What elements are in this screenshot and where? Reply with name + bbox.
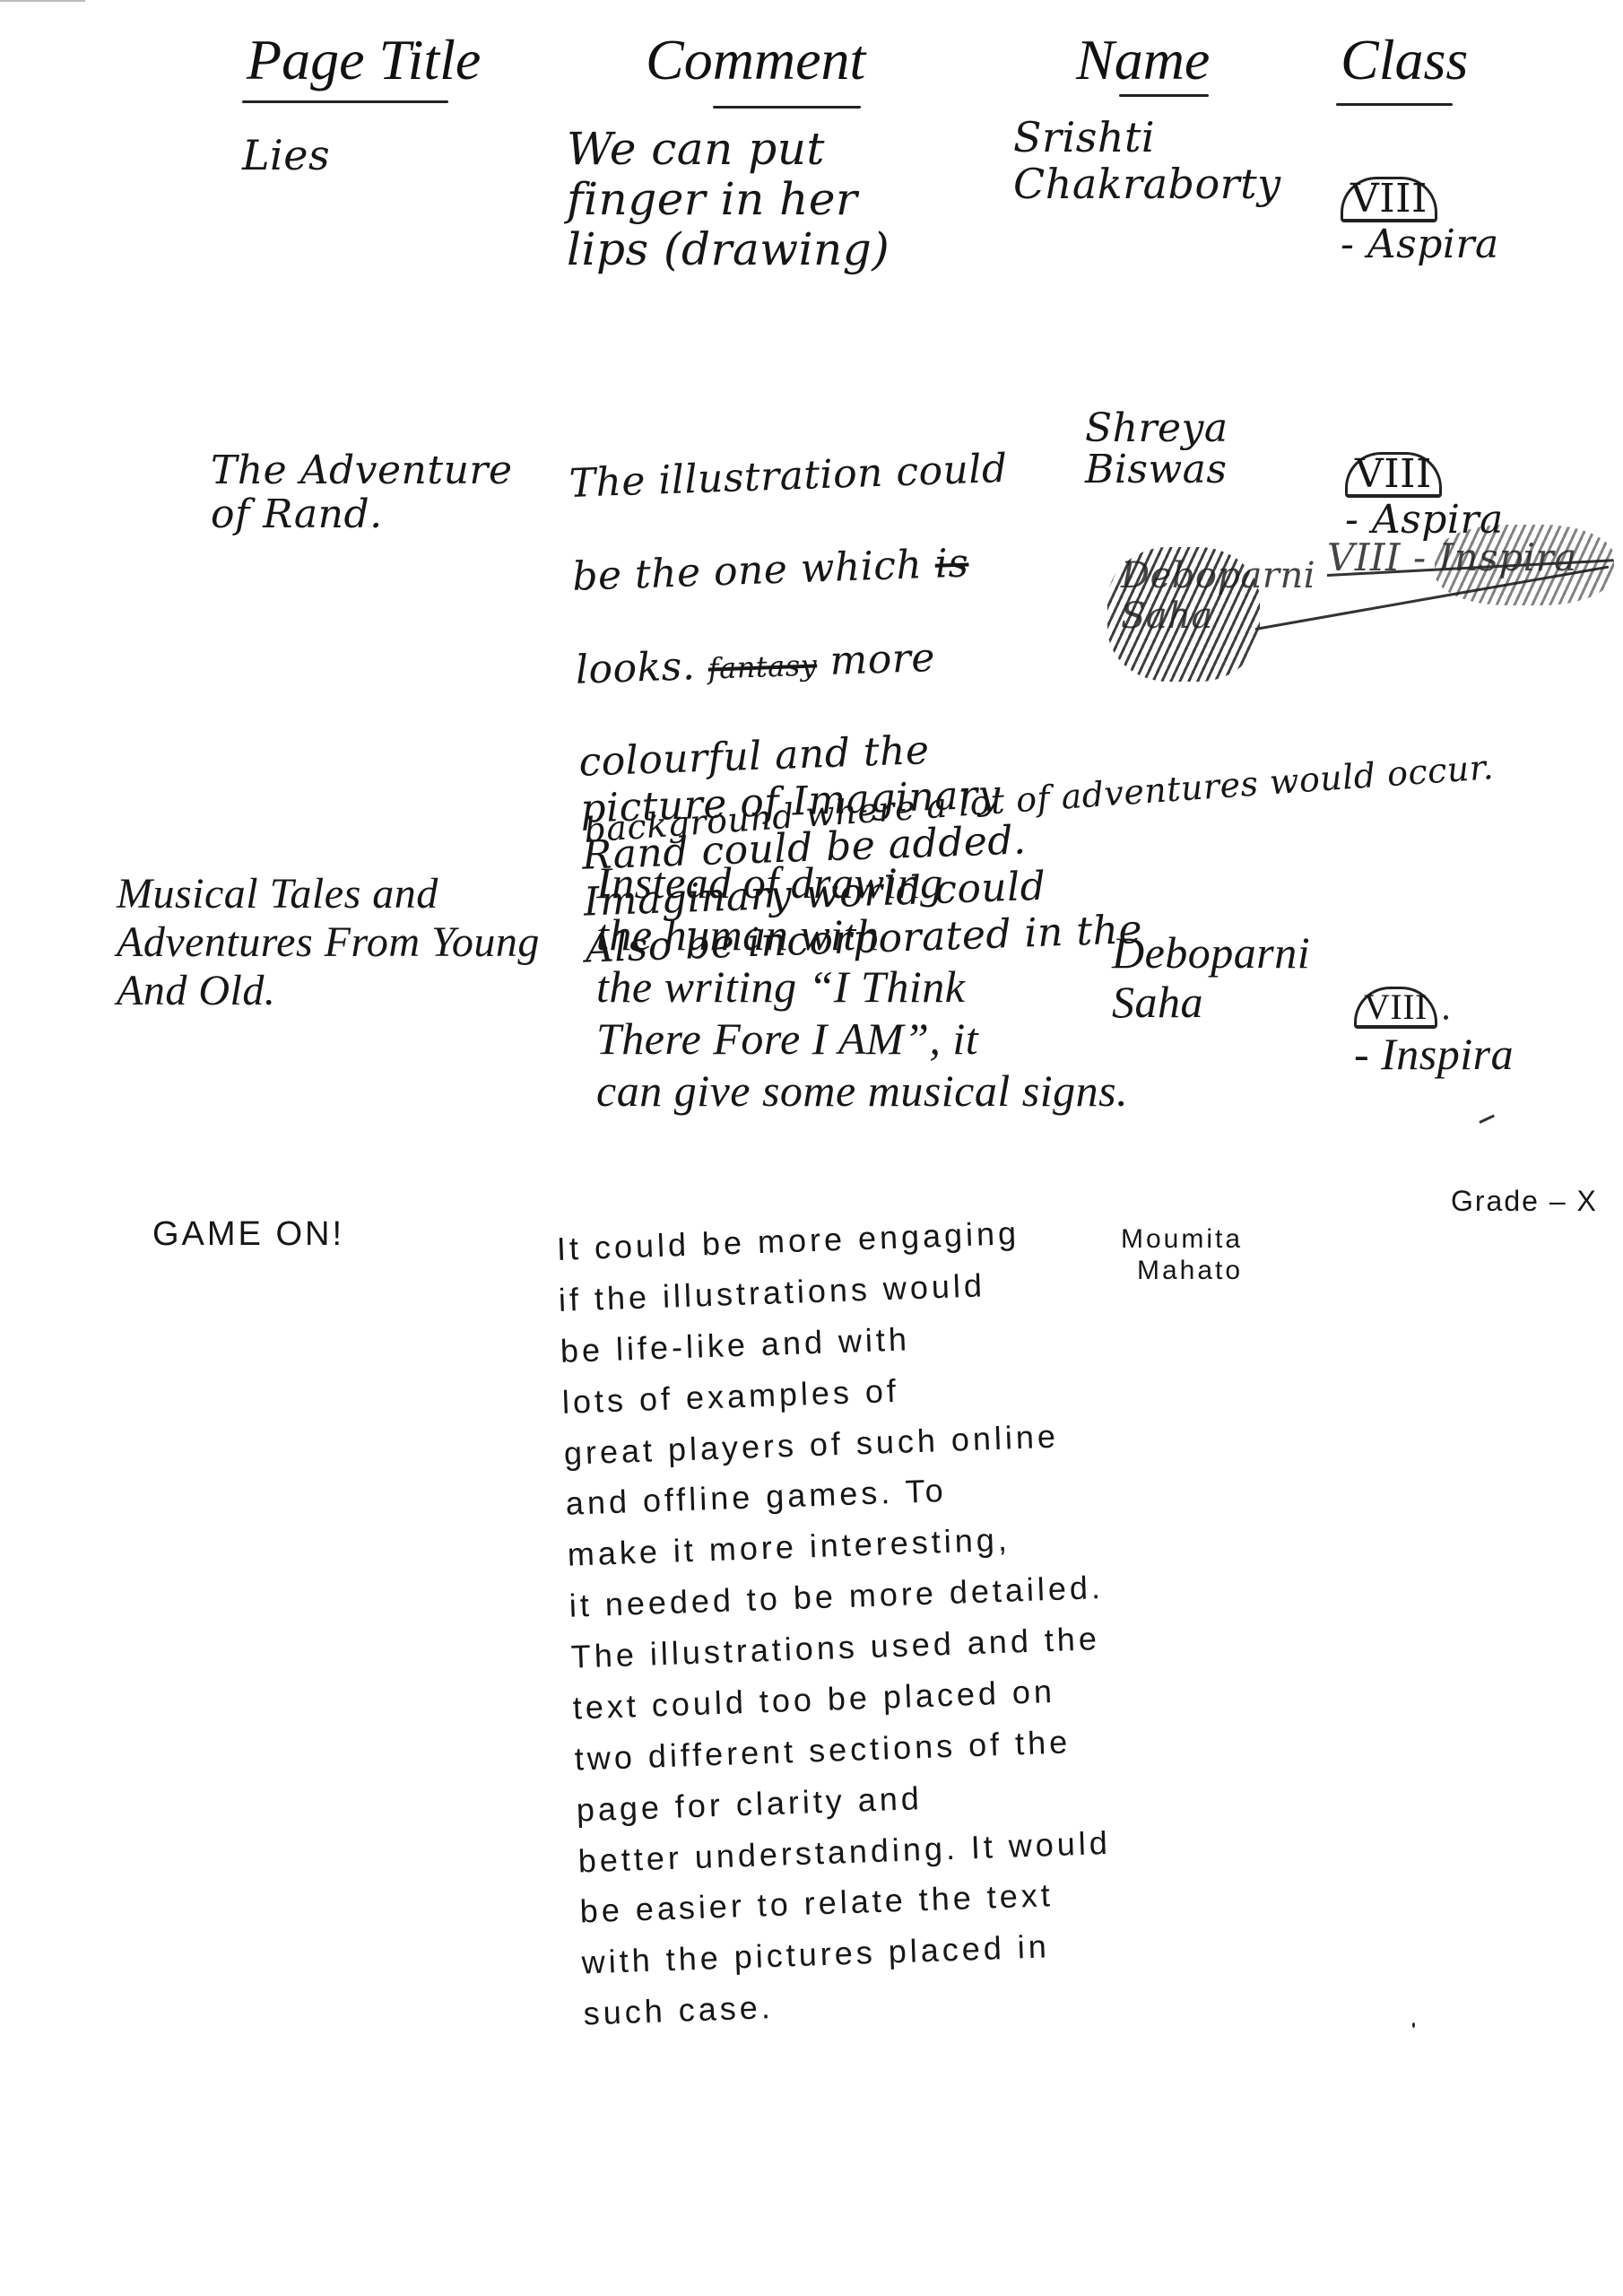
row-class: VIII - Aspira (1345, 408, 1504, 543)
header-class-underline (1336, 103, 1453, 106)
ink-dot (1444, 1015, 1448, 1020)
class-numeral-badge: VIII (1354, 987, 1437, 1029)
header-comment: Comment (646, 27, 865, 93)
ink-dot (1412, 2022, 1415, 2028)
scribble-mark (1435, 525, 1614, 605)
class-numeral-badge: VIII (1341, 177, 1437, 222)
class-section: - Inspira (1354, 1029, 1514, 1079)
struck-word: fantasy (707, 648, 818, 685)
header-page-title-underline (242, 100, 448, 103)
scribble-mark (1107, 547, 1260, 682)
comment-text: more (816, 634, 935, 684)
row-page-title: GAME ON! (152, 1215, 344, 1254)
comment-line: looks. fantasy more (575, 628, 1133, 694)
row-name: Moumita Mahato (1121, 1224, 1243, 1286)
class-section: - Aspira (1341, 222, 1499, 267)
header-name: Name (1076, 27, 1210, 93)
comment-line: be the one which is (571, 535, 1130, 601)
header-class: Class (1341, 27, 1468, 93)
comment-text: be the one which (571, 542, 935, 600)
comment-line: The illustration could (568, 441, 1127, 508)
comment-text: looks. (575, 642, 708, 692)
row-name: Srishti Chakraborty (1013, 115, 1281, 207)
row-class: Grade – X (1451, 1186, 1598, 1218)
row-comment: It could be more engaging if the illustr… (556, 1205, 1119, 2039)
row-class: VIII - Inspira (1354, 928, 1514, 1079)
struck-word: is (934, 540, 969, 587)
class-numeral-badge: VIII (1345, 452, 1442, 498)
header-name-underline (1119, 94, 1209, 97)
row-comment: We can put finger in her lips (drawing) (567, 124, 890, 274)
row-comment: Instead of drawing the human with the wr… (596, 857, 1128, 1117)
row-class: VIII - Aspira (1341, 133, 1499, 267)
row-page-title: Lies (242, 133, 330, 179)
row-name: Deboparni Saha (1112, 928, 1310, 1027)
header-comment-underline (713, 106, 861, 109)
ink-mark (1479, 1115, 1495, 1124)
row-page-title: The Adventure of Rand. (211, 448, 512, 537)
header-page-title: Page Title (247, 27, 481, 93)
row-name: Shreya Biswas (1085, 408, 1228, 491)
row-page-title: Musical Tales and Adventures From Young … (117, 870, 540, 1014)
scan-edge-mark (0, 0, 85, 7)
